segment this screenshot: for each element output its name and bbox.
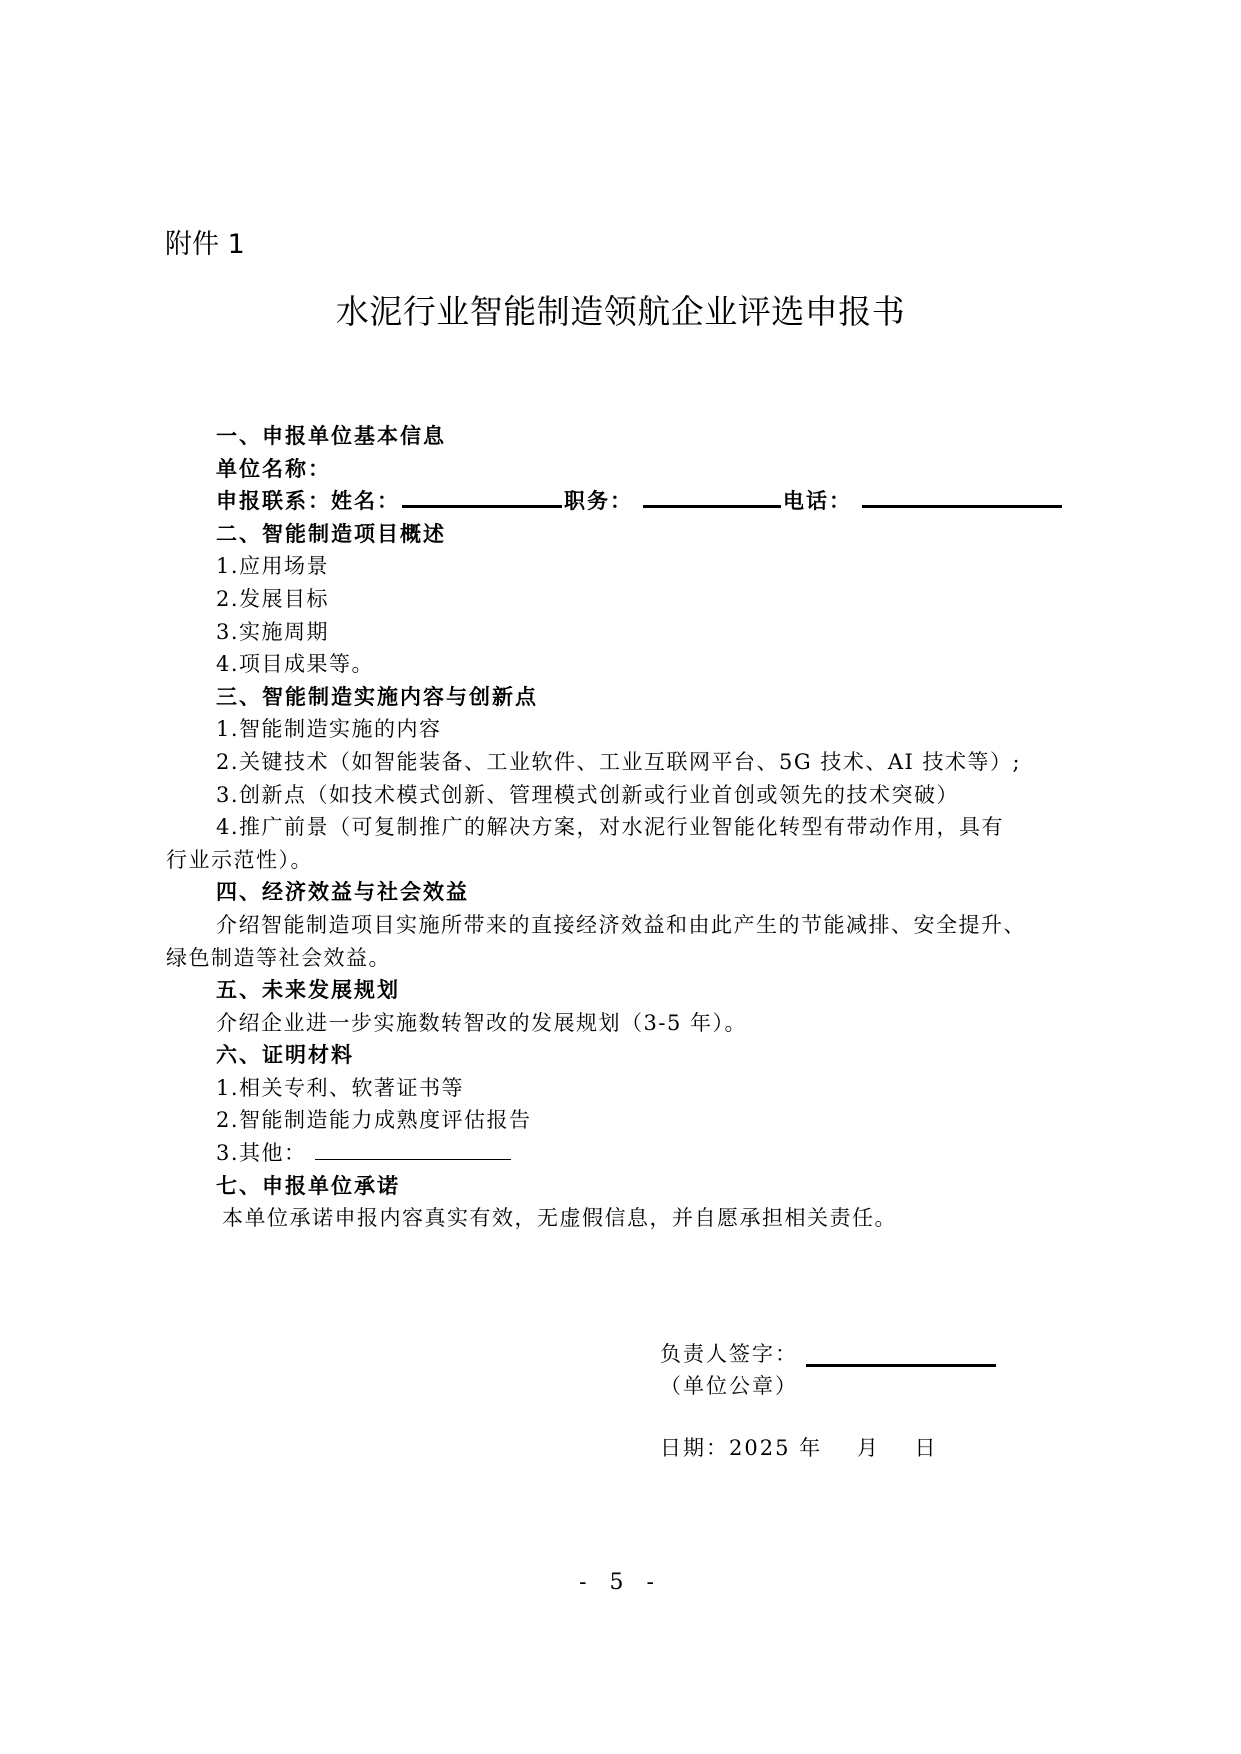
- section-heading-proof-materials: 六、证明材料: [166, 1039, 1096, 1072]
- document-title: 水泥行业智能制造领航企业评选申报书: [0, 286, 1241, 333]
- signature-blank[interactable]: [806, 1364, 996, 1367]
- date-label: 日期：2025 年 月 日: [660, 1432, 938, 1462]
- paragraph-line: 介绍智能制造项目实施所带来的直接经济效益和由此产生的节能减排、安全提升、: [166, 909, 1096, 942]
- list-item: 2.关键技术（如智能装备、工业软件、工业互联网平台、5G 技术、AI 技术等）;: [166, 746, 1096, 779]
- commitment-text: 本单位承诺申报内容真实有效，无虚假信息，并自愿承担相关责任。: [166, 1202, 1096, 1235]
- contact-name-label: 申报联系：姓名：: [216, 489, 400, 513]
- phone-blank[interactable]: [862, 485, 1062, 508]
- page-number: - 5 -: [0, 1570, 1241, 1595]
- section-heading-project-overview: 二、智能制造项目概述: [166, 518, 1096, 551]
- position-blank[interactable]: [643, 485, 781, 508]
- form-body: 一、申报单位基本信息 单位名称： 申报联系：姓名：职务：电话： 二、智能制造项目…: [166, 420, 1096, 1235]
- unit-name-label: 单位名称：: [216, 457, 331, 481]
- paragraph-line: 介绍企业进一步实施数转智改的发展规划（3-5 年）。: [166, 1007, 1096, 1040]
- attachment-label: 附件 1: [165, 222, 245, 261]
- paragraph-line: 绿色制造等社会效益。: [166, 942, 1096, 975]
- other-label: 3.其他：: [216, 1141, 307, 1165]
- list-item: 2.发展目标: [166, 583, 1096, 616]
- section-heading-future-plan: 五、未来发展规划: [166, 974, 1096, 1007]
- list-item: 4.推广前景（可复制推广的解决方案，对水泥行业智能化转型有带动作用，具有: [166, 811, 1096, 844]
- list-item: 1.智能制造实施的内容: [166, 713, 1096, 746]
- section-heading-benefits: 四、经济效益与社会效益: [166, 876, 1096, 909]
- list-item-other: 3.其他：: [166, 1137, 1096, 1170]
- list-item: 2.智能制造能力成熟度评估报告: [166, 1104, 1096, 1137]
- list-item-continuation: 行业示范性）。: [166, 844, 1096, 877]
- unit-name-field: 单位名称：: [166, 453, 1096, 486]
- contact-row: 申报联系：姓名：职务：电话：: [166, 485, 1096, 518]
- list-item: 3.创新点（如技术模式创新、管理模式创新或行业首创或领先的技术突破）: [166, 779, 1096, 812]
- signer-label: 负责人签字：: [660, 1338, 798, 1368]
- section-heading-implementation: 三、智能制造实施内容与创新点: [166, 681, 1096, 714]
- contact-name-blank[interactable]: [402, 485, 562, 508]
- section-heading-basic-info: 一、申报单位基本信息: [166, 420, 1096, 453]
- list-item: 1.相关专利、软著证书等: [166, 1072, 1096, 1105]
- list-item: 1.应用场景: [166, 550, 1096, 583]
- seal-label: （单位公章）: [660, 1370, 798, 1400]
- phone-label: 电话：: [783, 489, 852, 513]
- list-item: 3.实施周期: [166, 616, 1096, 649]
- other-blank[interactable]: [315, 1141, 511, 1160]
- section-heading-commitment: 七、申报单位承诺: [166, 1170, 1096, 1203]
- list-item: 4.项目成果等。: [166, 648, 1096, 681]
- position-label: 职务：: [564, 489, 633, 513]
